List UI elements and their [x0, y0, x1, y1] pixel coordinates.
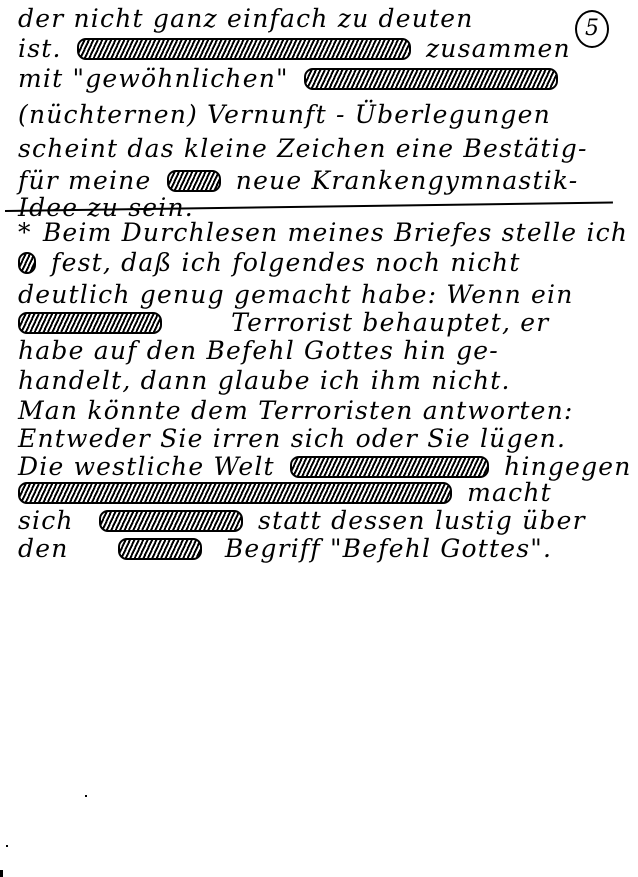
footnote-line-11: sich statt dessen lustig über [18, 506, 586, 536]
scribbled-out-word [77, 38, 411, 60]
scribbled-out-word [304, 68, 558, 90]
footnote-line-10: macht [18, 478, 552, 508]
handwritten-text: Terrorist behauptet, er [231, 308, 549, 337]
handwritten-text: statt dessen lustig über [258, 506, 586, 535]
scanned-letter-page: 5 der nicht ganz einfach zu deuten ist. … [0, 0, 638, 877]
body-line-3: mit "gewöhnlichen" [18, 64, 564, 94]
body-line-4: (nüchternen) Vernunft - Überlegungen [18, 100, 551, 130]
handwritten-text: sich [18, 506, 74, 535]
body-line-5: scheint das kleine Zeichen eine Bestätig… [18, 134, 588, 164]
handwritten-text: der nicht ganz einfach zu deuten [18, 4, 474, 33]
handwritten-text: Entweder Sie irren sich oder Sie lügen. [18, 424, 566, 453]
scribbled-out-word [290, 456, 489, 478]
asterisk-icon: * [18, 218, 32, 247]
footnote-line-5: habe auf den Befehl Gottes hin ge- [18, 336, 499, 366]
scribbled-out-word [18, 312, 162, 334]
scribbled-out-word [18, 252, 36, 274]
footnote-line-8: Entweder Sie irren sich oder Sie lügen. [18, 424, 566, 454]
handwritten-text: neue Krankengymnastik- [236, 166, 579, 195]
handwritten-text: ist. [18, 34, 62, 63]
scan-speck [85, 795, 87, 797]
scan-speck [6, 845, 8, 847]
scribbled-out-word [167, 170, 221, 192]
scribbled-out-word [99, 510, 243, 532]
footnote-line-7: Man könnte dem Terroristen antworten: [18, 396, 574, 426]
handwritten-text: Begriff "Befehl Gottes". [225, 534, 552, 563]
body-line-2: ist. zusammen [18, 34, 571, 64]
handwritten-text: handelt, dann glaube ich ihm nicht. [18, 366, 511, 395]
footnote-line-1: * Beim Durchlesen meines Briefes stelle … [18, 218, 628, 248]
footnote-line-2: fest, daß ich folgendes noch nicht [18, 248, 521, 278]
body-line-1: der nicht ganz einfach zu deuten [18, 4, 474, 34]
footnote-line-4: Terrorist behauptet, er [18, 308, 549, 338]
handwritten-text: fest, daß ich folgendes noch nicht [51, 248, 520, 277]
page-number-circled: 5 [575, 10, 609, 48]
footnote-line-6: handelt, dann glaube ich ihm nicht. [18, 366, 511, 396]
handwritten-text: Die westliche Welt [18, 452, 275, 481]
handwritten-text: hingegen [504, 452, 632, 481]
handwritten-text: macht [467, 478, 552, 507]
handwritten-text: habe auf den Befehl Gottes hin ge- [18, 336, 499, 365]
handwritten-text: (nüchternen) Vernunft - Überlegungen [18, 100, 551, 129]
handwritten-text: zusammen [426, 34, 571, 63]
handwritten-text: den [18, 534, 69, 563]
handwritten-text: scheint das kleine Zeichen eine Bestätig… [18, 134, 588, 163]
body-line-6: für meine neue Krankengymnastik- [18, 166, 578, 196]
handwritten-text: Beim Durchlesen meines Briefes stelle ic… [43, 218, 628, 247]
handwritten-text: für meine [18, 166, 151, 195]
handwritten-text: mit "gewöhnlichen" [18, 64, 289, 93]
scan-edge-mark [0, 870, 3, 877]
scribbled-out-word [118, 538, 202, 560]
handwritten-text: deutlich genug gemacht habe: Wenn ein [18, 280, 574, 309]
scribbled-out-word [18, 482, 452, 504]
footnote-line-12: den Begriff "Befehl Gottes". [18, 534, 552, 564]
handwritten-text: Man könnte dem Terroristen antworten: [18, 396, 574, 425]
footnote-line-3: deutlich genug gemacht habe: Wenn ein [18, 280, 574, 310]
